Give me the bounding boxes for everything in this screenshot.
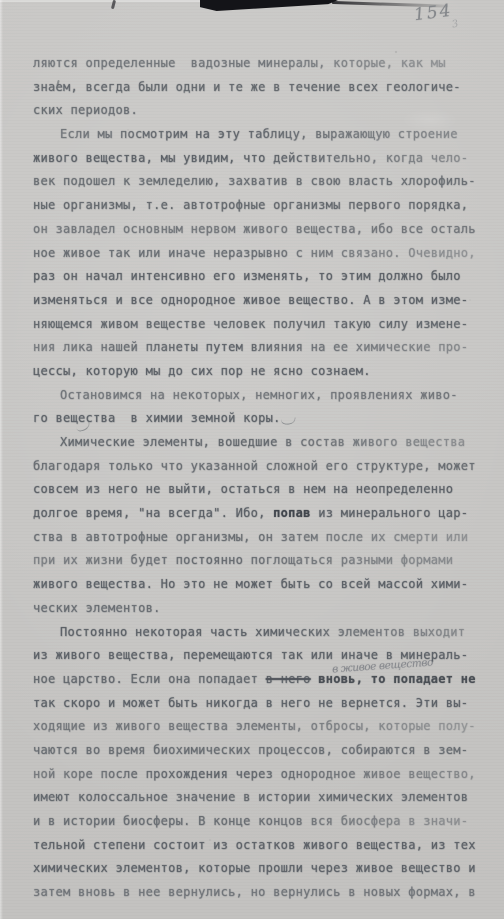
- typed-line: няющемся живом веществе человек получил …: [33, 313, 491, 337]
- typed-text: так скоро и может быть никогда в него не…: [33, 696, 468, 710]
- typed-text-block: ляются определенные вадозные минералы, к…: [33, 52, 491, 905]
- typed-line: так скоро и может быть никогда в него не…: [33, 692, 491, 716]
- typed-line: ной коре после прохождения через однород…: [33, 763, 491, 787]
- typed-line: благодаря только что указанной сложной е…: [33, 455, 491, 479]
- typed-line: при их жизни будет постоянно поглощаться…: [33, 549, 491, 573]
- typed-line: ное живое так или иначе неразрывно с ним…: [33, 242, 491, 266]
- typed-line: изменяться и все однородное живое вещест…: [33, 289, 491, 313]
- page-number: 154: [413, 1, 454, 26]
- typed-text: раз он начал интенсивно его изменять, то…: [33, 269, 461, 283]
- scanned-page: 154 3 в живое вещество ляются определенн…: [0, 0, 504, 919]
- typed-text: цессы, которую мы до сих пор не ясно соз…: [33, 364, 371, 378]
- typed-text: ляются определенные вадозные минералы, к…: [33, 56, 446, 70]
- typed-text: Если мы посмотрим на эту таблицу, выража…: [60, 127, 458, 141]
- typed-text: и в истории биосферы. В конце концов вся…: [33, 814, 468, 828]
- typed-line: имеют колоссальное значение в истории хи…: [33, 786, 491, 810]
- typed-text: вновь, то попадает не: [318, 672, 476, 686]
- typed-line: Химические элементы, вошедшие в состав ж…: [33, 431, 491, 455]
- typed-text: ной коре после прохождения через однород…: [33, 767, 476, 781]
- typed-line: Если мы посмотрим на эту таблицу, выража…: [33, 123, 491, 147]
- typed-text: совсем из него не выйти, остаться в нем …: [33, 482, 453, 496]
- typed-text: Остановимся на некоторых, немногих, проя…: [60, 388, 458, 402]
- typed-text: ное царство. Если она попадает: [33, 672, 266, 686]
- typed-text: го вещества в химии земной коры.: [33, 411, 281, 425]
- typed-line: чаются во время биохимических процессов,…: [33, 739, 491, 763]
- typed-text: из минерального цар-: [311, 506, 469, 520]
- typed-line: живого вещества. Но это не может быть со…: [33, 573, 491, 597]
- ink-speck: [111, 0, 116, 9]
- typed-line: ные организмы, т.е. автотрофные организм…: [33, 194, 491, 218]
- typed-line: из живого вещества, перемещаются так или…: [33, 644, 491, 668]
- scan-artifact-wedge: [200, 0, 338, 11]
- typed-line: химических элементов, которые прошли чер…: [33, 857, 491, 881]
- typed-line: знаем, всегда были одни и те же в течени…: [33, 76, 491, 100]
- typed-text: из живого вещества, перемещаются так или…: [33, 648, 468, 662]
- typed-text: живого вещества. Но это не может быть со…: [33, 577, 468, 591]
- typed-text: ния лика нашей планеты путем влияния на …: [33, 340, 468, 354]
- typed-text: знаем, всегда были одни и те же в течени…: [33, 80, 461, 94]
- typed-line: раз он начал интенсивно его изменять, то…: [33, 265, 491, 289]
- pencil-corner-mark: 3: [451, 18, 460, 30]
- paper-edge-highlight: [0, 0, 3, 919]
- typed-line: и в истории биосферы. В конце концов вся…: [33, 810, 491, 834]
- typed-text: благодаря только что указанной сложной е…: [33, 459, 476, 473]
- typed-text: он завладел основным нервом живого вещес…: [33, 222, 476, 236]
- typed-text: затем вновь в нее вернулись, но вернулис…: [33, 885, 476, 899]
- typed-line: затем вновь в нее вернулись, но вернулис…: [33, 881, 491, 905]
- typed-text: химических элементов, которые прошли чер…: [33, 861, 476, 875]
- typed-text: тельной степени состоит из остатков живо…: [33, 838, 476, 852]
- typed-line: ходящие из живого вещества элементы, отб…: [33, 715, 491, 739]
- typed-text: Постоянно некоторая часть химических эле…: [60, 625, 465, 639]
- typed-line: Постоянно некоторая часть химических эле…: [33, 621, 491, 645]
- strikethrough-text: в него: [266, 672, 311, 686]
- typed-text: имеют колоссальное значение в истории хи…: [33, 790, 468, 804]
- typed-line: го вещества в химии земной коры.: [33, 407, 491, 431]
- typed-line: век подошел к земледелию, захватив в сво…: [33, 170, 491, 194]
- typed-text: живого вещества, мы увидим, что действит…: [33, 151, 468, 165]
- typed-text: Химические элементы, вошедшие в состав ж…: [60, 435, 465, 449]
- typed-line: живого вещества, мы увидим, что действит…: [33, 147, 491, 171]
- typed-text: няющемся живом веществе человек получил …: [33, 317, 468, 331]
- typed-line: долгое время, "на всегда". Ибо, попав из…: [33, 502, 491, 526]
- typed-text: ное живое так или иначе неразрывно с ним…: [33, 246, 476, 260]
- typed-line: ческих элементов.: [33, 597, 491, 621]
- typed-text: ства в автотрофные организмы, он затем п…: [33, 530, 468, 544]
- typed-line: ляются определенные вадозные минералы, к…: [33, 52, 491, 76]
- typed-line: тельной степени состоит из остатков живо…: [33, 834, 491, 858]
- typed-text: ходящие из живого вещества элементы, отб…: [33, 719, 476, 733]
- typed-line: ства в автотрофные организмы, он затем п…: [33, 526, 491, 550]
- typed-text: ческих элементов.: [33, 601, 161, 615]
- typed-line: цессы, которую мы до сих пор не ясно соз…: [33, 360, 491, 384]
- typed-text: при их жизни будет постоянно поглощаться…: [33, 553, 453, 567]
- typed-text: долгое время, "на всегда". Ибо,: [33, 506, 273, 520]
- typed-line: он завладел основным нервом живого вещес…: [33, 218, 491, 242]
- typed-text: чаются во время биохимических процессов,…: [33, 743, 468, 757]
- typed-line: Остановимся на некоторых, немногих, проя…: [33, 384, 491, 408]
- typed-line: совсем из него не выйти, остаться в нем …: [33, 478, 491, 502]
- typed-text: ских периодов.: [33, 103, 138, 117]
- paper-edge-highlight: [0, 0, 210, 2]
- typed-text: изменяться и все однородное живое вещест…: [33, 293, 468, 307]
- typed-line: ских периодов.: [33, 99, 491, 123]
- typed-line: ное царство. Если она попадает в него вн…: [33, 668, 491, 692]
- typed-text: век подошел к земледелию, захватив в сво…: [33, 174, 476, 188]
- typed-text: попав: [273, 506, 311, 520]
- typed-text: ные организмы, т.е. автотрофные организм…: [33, 198, 468, 212]
- typed-line: ния лика нашей планеты путем влияния на …: [33, 336, 491, 360]
